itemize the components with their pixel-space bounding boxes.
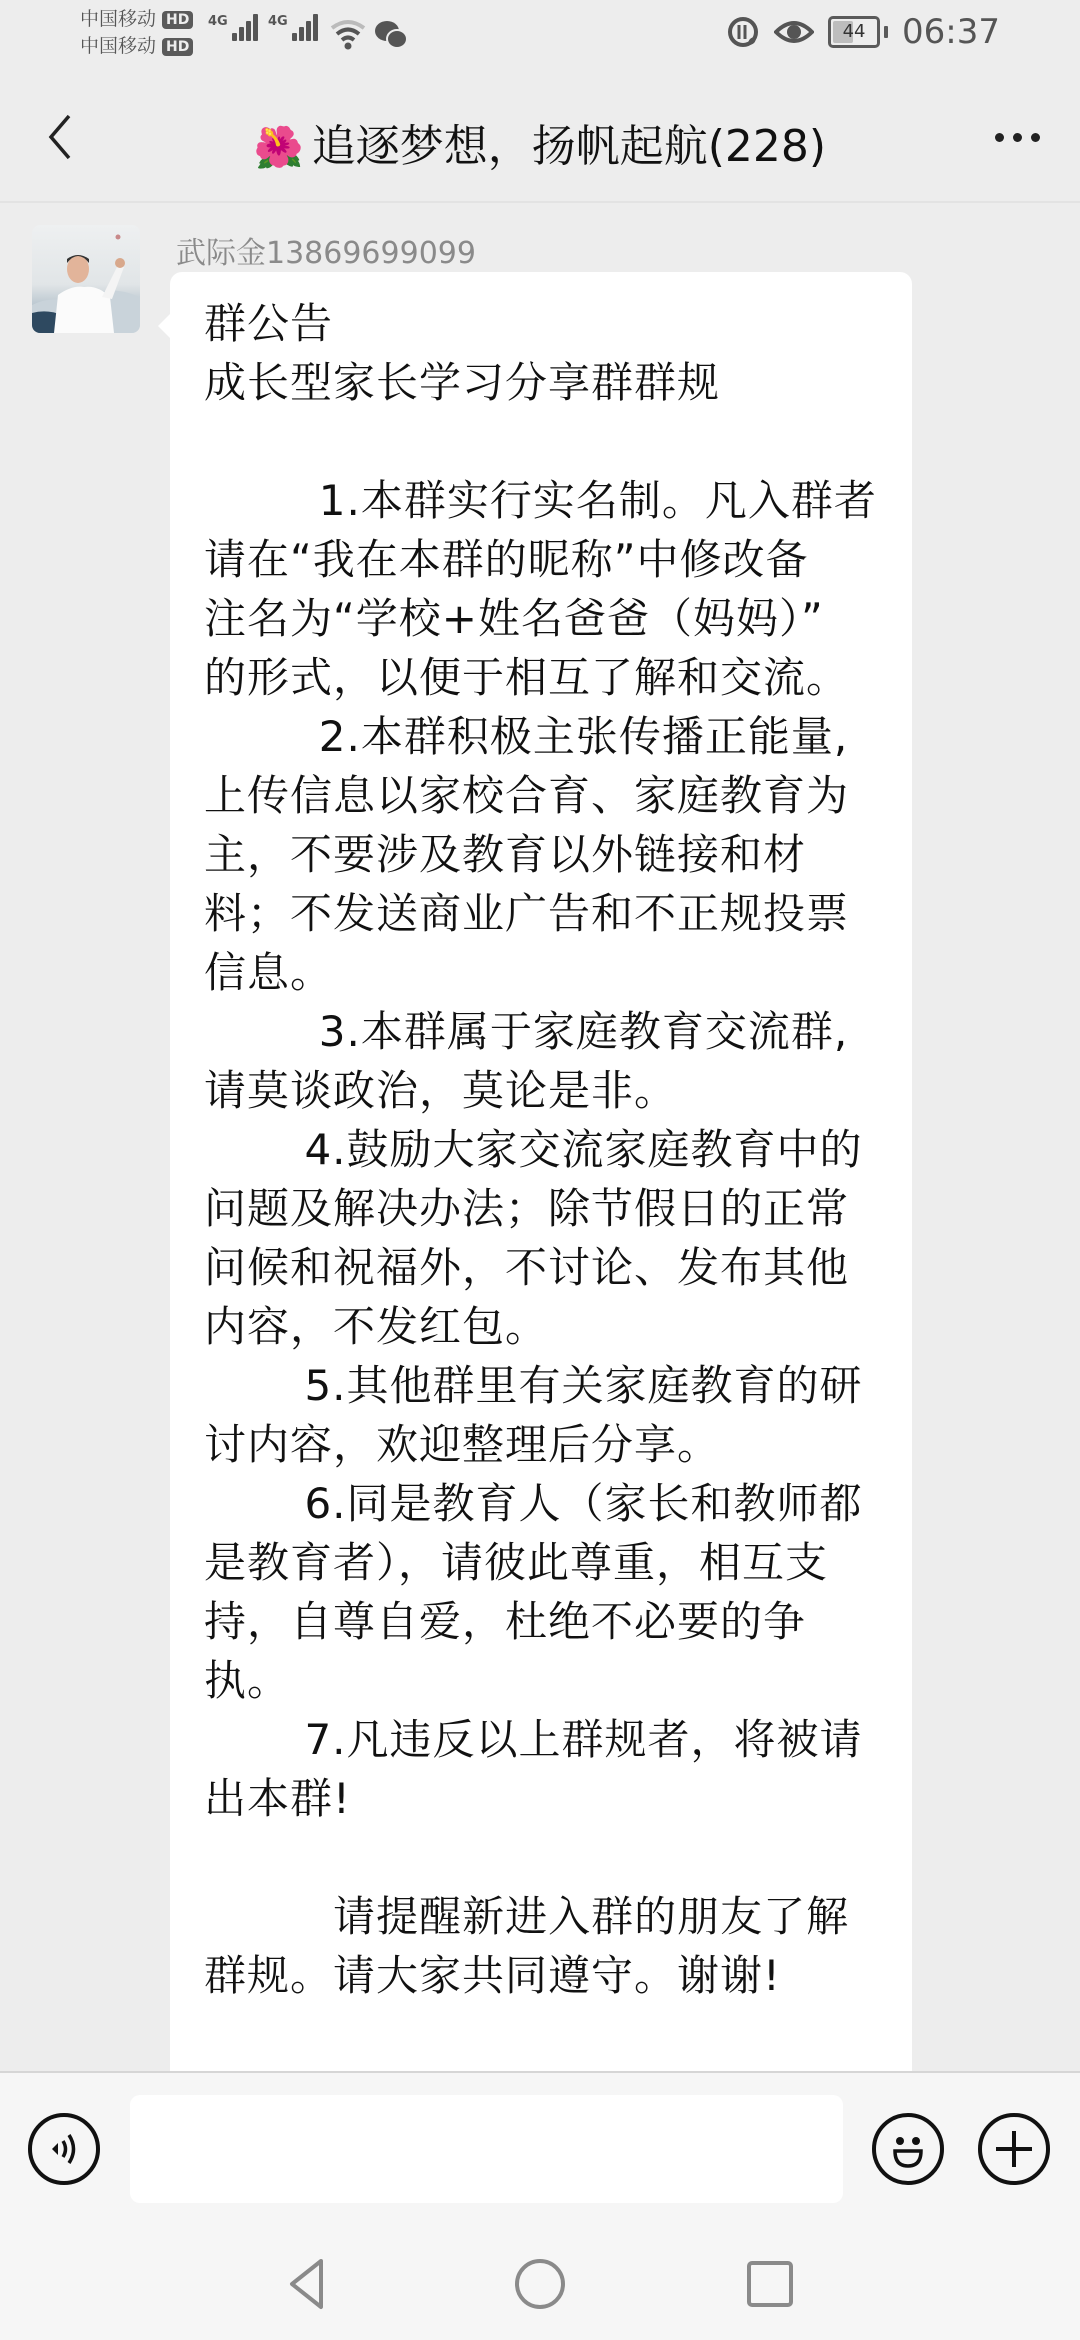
message-line	[204, 1828, 882, 1887]
message-line: 5.其他群里有关家庭教育的研	[204, 1356, 882, 1415]
chat-title: 🌺追逐梦想，扬帆起航(228)	[0, 110, 1080, 174]
message-input-bar	[0, 2071, 1080, 2223]
emoji-icon	[883, 2124, 933, 2174]
carrier-2: 中国移动 HD	[80, 33, 193, 60]
message-line: 问题及解决办法；除节假日的正常	[204, 1179, 882, 1238]
hibiscus-icon: 🌺	[254, 125, 304, 171]
message-line: 请莫谈政治，莫论是非。	[204, 1061, 882, 1120]
message-line: 内容，不发红包。	[204, 1297, 882, 1356]
message-line: 群公告	[204, 294, 882, 353]
carrier-1: 中国移动 HD	[80, 6, 193, 33]
carrier-name: 中国移动	[80, 6, 156, 33]
message-line: 信息。	[204, 943, 882, 1002]
message-line: 6.同是教育人（家长和教师都	[204, 1474, 882, 1533]
hd-badge: HD	[162, 11, 193, 29]
hd-badge: HD	[162, 38, 193, 56]
message-line: 持，自尊自爱，杜绝不必要的争	[204, 1592, 882, 1651]
message-line: 2.本群积极主张传播正能量,	[204, 707, 882, 766]
message-line: 成长型家长学习分享群群规	[204, 353, 882, 412]
network-type: 4G	[208, 14, 228, 29]
message-line: 问候和祝福外，不讨论、发布其他	[204, 1238, 882, 1297]
signal-bars-icon: 4G	[268, 14, 318, 41]
message-line: 出本群!	[204, 1769, 882, 1828]
message-line: 上传信息以家校合育、家庭教育为	[204, 766, 882, 825]
system-nav-bar	[0, 2221, 1080, 2340]
more-functions-button[interactable]	[978, 2113, 1050, 2185]
group-name: 追逐梦想，扬帆起航(228)	[312, 121, 826, 172]
data-saver-icon	[726, 15, 760, 49]
recents-square-icon	[745, 2259, 795, 2309]
wechat-icon	[374, 20, 408, 50]
message-line: 请提醒新进入群的朋友了解	[204, 1887, 882, 1946]
sender-name: 武际金13869699099	[176, 228, 476, 272]
voice-input-icon	[46, 2129, 82, 2169]
status-right: 44 06:37	[726, 12, 1000, 52]
nav-recents-button[interactable]	[735, 2249, 805, 2319]
carrier-info: 中国移动 HD 中国移动 HD	[80, 6, 193, 60]
voice-button[interactable]	[28, 2113, 100, 2185]
message-line: 的形式，以便于相互了解和交流。	[204, 648, 882, 707]
clock: 06:37	[902, 12, 1000, 52]
message-line: 注名为“学校+姓名爸爸（妈妈）”	[204, 589, 882, 648]
back-triangle-icon	[287, 2258, 327, 2310]
message-input[interactable]	[130, 2095, 843, 2203]
network-type: 4G	[268, 14, 288, 29]
plus-icon	[992, 2127, 1036, 2171]
message-line: 是教育者），请彼此尊重，相互支	[204, 1533, 882, 1592]
message-line: 群规。请大家共同遵守。谢谢!	[204, 1946, 882, 2005]
nav-back-button[interactable]	[272, 2249, 342, 2319]
chat-header: 🌺追逐梦想，扬帆起航(228)	[0, 72, 1080, 203]
more-options-button[interactable]	[982, 112, 1052, 162]
wifi-icon	[330, 18, 366, 50]
more-dots-icon	[995, 133, 1004, 142]
home-circle-icon	[513, 2257, 567, 2311]
carrier-name: 中国移动	[80, 33, 156, 60]
message-line: 请在“我在本群的昵称”中修改备	[204, 530, 882, 589]
message-line: 讨内容，欢迎整理后分享。	[204, 1415, 882, 1474]
avatar[interactable]	[32, 225, 140, 333]
battery-icon: 44	[828, 16, 880, 48]
message-line	[204, 412, 882, 471]
nav-home-button[interactable]	[505, 2249, 575, 2319]
message-line: 执。	[204, 1651, 882, 1710]
message-line: 主，不要涉及教育以外链接和材	[204, 825, 882, 884]
battery-level: 44	[843, 21, 866, 42]
eye-comfort-icon	[774, 18, 814, 46]
signal-bars-icon: 4G	[208, 14, 258, 41]
avatar-photo	[32, 225, 140, 333]
message-line: 3.本群属于家庭教育交流群,	[204, 1002, 882, 1061]
message-line: 4.鼓励大家交流家庭教育中的	[204, 1120, 882, 1179]
message-line: 料；不发送商业广告和不正规投票	[204, 884, 882, 943]
status-bar: 中国移动 HD 中国移动 HD 4G 4G	[0, 0, 1080, 72]
message-line: 7.凡违反以上群规者，将被请	[204, 1710, 882, 1769]
message-line: 1.本群实行实名制。凡入群者	[204, 471, 882, 530]
emoji-button[interactable]	[872, 2113, 944, 2185]
message-bubble[interactable]: 群公告 成长型家长学习分享群群规 1.本群实行实名制。凡入群者 请在“我在本群的…	[170, 272, 912, 2072]
